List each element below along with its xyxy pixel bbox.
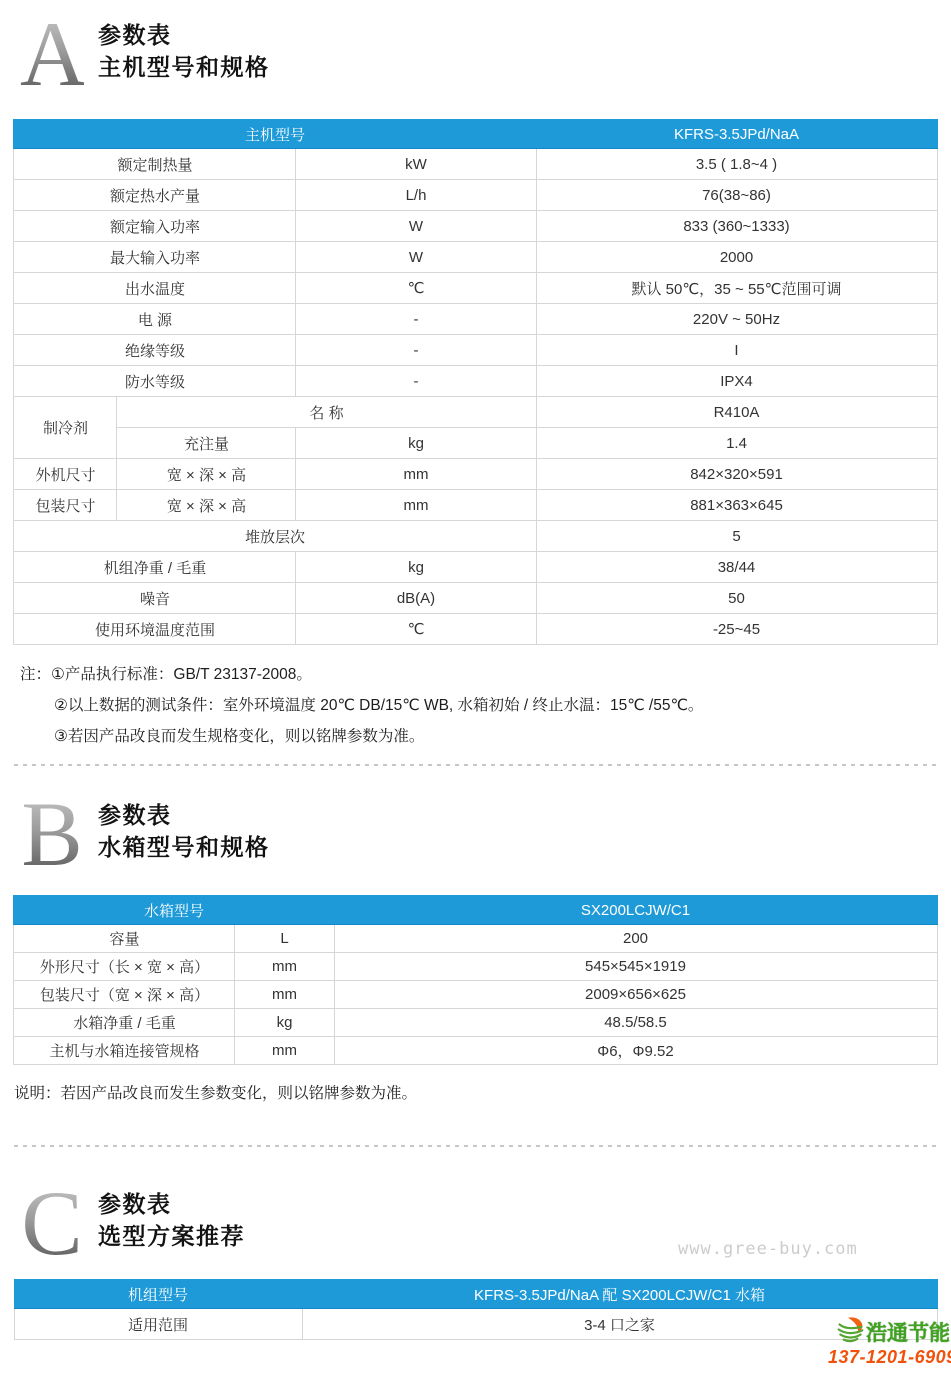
spec-unit: mm — [296, 459, 536, 490]
spec-label: 充注量 — [117, 428, 296, 459]
spec-label: 噪音 — [14, 583, 296, 614]
spec-label: 名 称 — [117, 397, 536, 428]
spec-row: 额定热水产量 L/h 76(38~86) — [14, 180, 937, 211]
spec-label: 宽 × 深 × 高 — [117, 490, 296, 521]
spec-value: 842×320×591 — [536, 459, 937, 490]
spec-unit: ℃ — [296, 273, 536, 304]
spec-unit: - — [296, 366, 536, 397]
vendor-logo: 浩通节能 137-1201-6909 — [828, 1316, 950, 1368]
section-b-subtitle: 水箱型号和规格 — [98, 831, 270, 863]
spec-unit: L/h — [296, 180, 536, 211]
spec-label: 机组净重 / 毛重 — [14, 552, 296, 583]
spec-value: IPX4 — [536, 366, 937, 397]
combo-model-header: 机组型号 — [14, 1280, 302, 1309]
spec-row-refrigerant-name: 制冷剂 名 称 R410A — [14, 397, 937, 428]
section-a-letter: A — [20, 16, 84, 92]
selection-table: 机组型号 KFRS-3.5JPd/NaA 配 SX200LCJW/C1 水箱 适… — [14, 1279, 938, 1340]
spec-label: 绝缘等级 — [14, 335, 296, 366]
spec-row: 噪音 dB(A) 50 — [14, 583, 937, 614]
spec-value: 1.4 — [536, 428, 937, 459]
spec-value: 76(38~86) — [536, 180, 937, 211]
spec-row: 机组净重 / 毛重 kg 38/44 — [14, 552, 937, 583]
combo-model-value: KFRS-3.5JPd/NaA 配 SX200LCJW/C1 水箱 — [302, 1280, 937, 1309]
spec-row: 包装尺寸（宽 × 深 × 高） mm 2009×656×625 — [14, 981, 937, 1009]
spec-unit: kg — [296, 428, 536, 459]
spec-value: 50 — [536, 583, 937, 614]
spec-unit: mm — [235, 1037, 334, 1065]
spec-value: -25~45 — [536, 614, 937, 645]
tank-spec-table: 水箱型号 SX200LCJW/C1 容量 L 200 外形尺寸（长 × 宽 × … — [13, 895, 937, 1065]
spec-row: 额定制热量 kW 3.5 ( 1.8~4 ) — [14, 149, 937, 180]
spec-value: 220V ~ 50Hz — [536, 304, 937, 335]
spec-group-label: 外机尺寸 — [14, 459, 117, 490]
spec-label: 电 源 — [14, 304, 296, 335]
spec-row: 出水温度 ℃ 默认 50℃，35 ~ 55℃范围可调 — [14, 273, 937, 304]
spec-row-refrigerant-charge: 充注量 kg 1.4 — [14, 428, 937, 459]
vendor-logo-top: 浩通节能 — [828, 1316, 950, 1348]
note-line: ③若因产品改良而发生规格变化，则以铭牌参数为准。 — [20, 721, 951, 752]
spec-value: 默认 50℃，35 ~ 55℃范围可调 — [536, 273, 937, 304]
spec-row: 适用范围 3-4 口之家 — [14, 1309, 937, 1340]
section-c-title: 参数表 — [98, 1188, 245, 1220]
spec-unit: - — [296, 304, 536, 335]
spec-value: 3.5 ( 1.8~4 ) — [536, 149, 937, 180]
spec-row: 额定输入功率 W 833 (360~1333) — [14, 211, 937, 242]
notes-a: 注：①产品执行标准：GB/T 23137-2008。 ②以上数据的测试条件：室外… — [20, 659, 951, 752]
note-text: ①产品执行标准：GB/T 23137-2008。 — [51, 666, 312, 683]
spec-value: 38/44 — [536, 552, 937, 583]
site-watermark: www.gree-buy.com — [678, 1239, 858, 1259]
section-c-header: C 参数表 选型方案推荐 www.gree-buy.com — [0, 1147, 951, 1261]
spec-unit: kW — [296, 149, 536, 180]
spec-row-package-dimensions: 包装尺寸 宽 × 深 × 高 mm 881×363×645 — [14, 490, 937, 521]
section-c-titles: 参数表 选型方案推荐 — [98, 1185, 245, 1252]
spec-unit: kg — [296, 552, 536, 583]
note-b: 说明：若因产品改良而发生参数变化，则以铭牌参数为准。 — [14, 1079, 951, 1109]
main-model-header: 主机型号 — [14, 120, 536, 149]
spec-value: 48.5/58.5 — [334, 1009, 937, 1037]
spec-label: 适用范围 — [14, 1309, 302, 1340]
spec-label: 使用环境温度范围 — [14, 614, 296, 645]
section-b-titles: 参数表 水箱型号和规格 — [98, 796, 270, 863]
spec-row: 防水等级 - IPX4 — [14, 366, 937, 397]
main-unit-spec-table: 主机型号 KFRS-3.5JPd/NaA 额定制热量 kW 3.5 ( 1.8~… — [13, 119, 937, 645]
spec-row: 电 源 - 220V ~ 50Hz — [14, 304, 937, 335]
note-text: ③若因产品改良而发生规格变化，则以铭牌参数为准。 — [54, 728, 424, 745]
spec-group-label: 包装尺寸 — [14, 490, 117, 521]
section-b-title: 参数表 — [98, 799, 270, 831]
table-header-row: 主机型号 KFRS-3.5JPd/NaA — [14, 120, 937, 149]
spec-value: 2009×656×625 — [334, 981, 937, 1009]
globe-leaf-icon — [837, 1316, 864, 1348]
spec-label: 容量 — [14, 925, 235, 953]
spec-label: 水箱净重 / 毛重 — [14, 1009, 235, 1037]
spec-label: 外形尺寸（长 × 宽 × 高） — [14, 953, 235, 981]
spec-group-label: 制冷剂 — [14, 397, 117, 459]
table-header-row: 水箱型号 SX200LCJW/C1 — [14, 896, 937, 925]
spec-row: 主机与水箱连接管规格 mm Φ6，Φ9.52 — [14, 1037, 937, 1065]
vendor-phone: 137-1201-6909 — [828, 1347, 950, 1368]
spec-unit: dB(A) — [296, 583, 536, 614]
section-a-subtitle: 主机型号和规格 — [98, 51, 270, 83]
spec-value: 200 — [334, 925, 937, 953]
spec-value: 2000 — [536, 242, 937, 273]
note-line: ②以上数据的测试条件：室外环境温度 20℃ DB/15℃ WB, 水箱初始 / … — [20, 690, 951, 721]
section-b-header: B 参数表 水箱型号和规格 — [0, 766, 951, 872]
spec-label: 最大输入功率 — [14, 242, 296, 273]
spec-value: R410A — [536, 397, 937, 428]
section-a-titles: 参数表 主机型号和规格 — [98, 16, 270, 83]
spec-value: 545×545×1919 — [334, 953, 937, 981]
spec-unit: W — [296, 242, 536, 273]
section-c-letter: C — [20, 1185, 84, 1261]
spec-row: 绝缘等级 - I — [14, 335, 937, 366]
main-model-value: KFRS-3.5JPd/NaA — [536, 120, 937, 149]
spec-label: 额定输入功率 — [14, 211, 296, 242]
spec-label: 包装尺寸（宽 × 深 × 高） — [14, 981, 235, 1009]
spec-value: Φ6，Φ9.52 — [334, 1037, 937, 1065]
spec-label: 出水温度 — [14, 273, 296, 304]
spec-label: 主机与水箱连接管规格 — [14, 1037, 235, 1065]
note-text: ②以上数据的测试条件：室外环境温度 20℃ DB/15℃ WB, 水箱初始 / … — [54, 697, 703, 714]
spec-label: 额定热水产量 — [14, 180, 296, 211]
spec-row: 外形尺寸（长 × 宽 × 高） mm 545×545×1919 — [14, 953, 937, 981]
spec-label: 宽 × 深 × 高 — [117, 459, 296, 490]
spec-value: I — [536, 335, 937, 366]
spec-unit: - — [296, 335, 536, 366]
spec-row-unit-dimensions: 外机尺寸 宽 × 深 × 高 mm 842×320×591 — [14, 459, 937, 490]
spec-unit: mm — [235, 953, 334, 981]
spec-unit: mm — [235, 981, 334, 1009]
spec-unit: mm — [296, 490, 536, 521]
spec-row: 使用环境温度范围 ℃ -25~45 — [14, 614, 937, 645]
note-line: 注：①产品执行标准：GB/T 23137-2008。 — [20, 659, 951, 690]
spec-label: 防水等级 — [14, 366, 296, 397]
spec-unit: L — [235, 925, 334, 953]
spec-row: 水箱净重 / 毛重 kg 48.5/58.5 — [14, 1009, 937, 1037]
tank-model-value: SX200LCJW/C1 — [334, 896, 937, 925]
spec-row: 最大输入功率 W 2000 — [14, 242, 937, 273]
spec-row-stacking: 堆放层次 5 — [14, 521, 937, 552]
spec-row: 容量 L 200 — [14, 925, 937, 953]
section-c-subtitle: 选型方案推荐 — [98, 1220, 245, 1252]
section-b-letter: B — [20, 796, 84, 872]
table-header-row: 机组型号 KFRS-3.5JPd/NaA 配 SX200LCJW/C1 水箱 — [14, 1280, 937, 1309]
vendor-name: 浩通节能 — [866, 1317, 950, 1347]
section-a-header: A 参数表 主机型号和规格 — [0, 0, 951, 92]
spec-value: 881×363×645 — [536, 490, 937, 521]
section-a-title: 参数表 — [98, 19, 270, 51]
spec-label: 堆放层次 — [14, 521, 536, 552]
spec-unit: W — [296, 211, 536, 242]
spec-value: 833 (360~1333) — [536, 211, 937, 242]
spec-value: 5 — [536, 521, 937, 552]
spec-label: 额定制热量 — [14, 149, 296, 180]
tank-model-header: 水箱型号 — [14, 896, 334, 925]
spec-unit: kg — [235, 1009, 334, 1037]
spec-unit: ℃ — [296, 614, 536, 645]
note-prefix: 注： — [20, 666, 51, 683]
